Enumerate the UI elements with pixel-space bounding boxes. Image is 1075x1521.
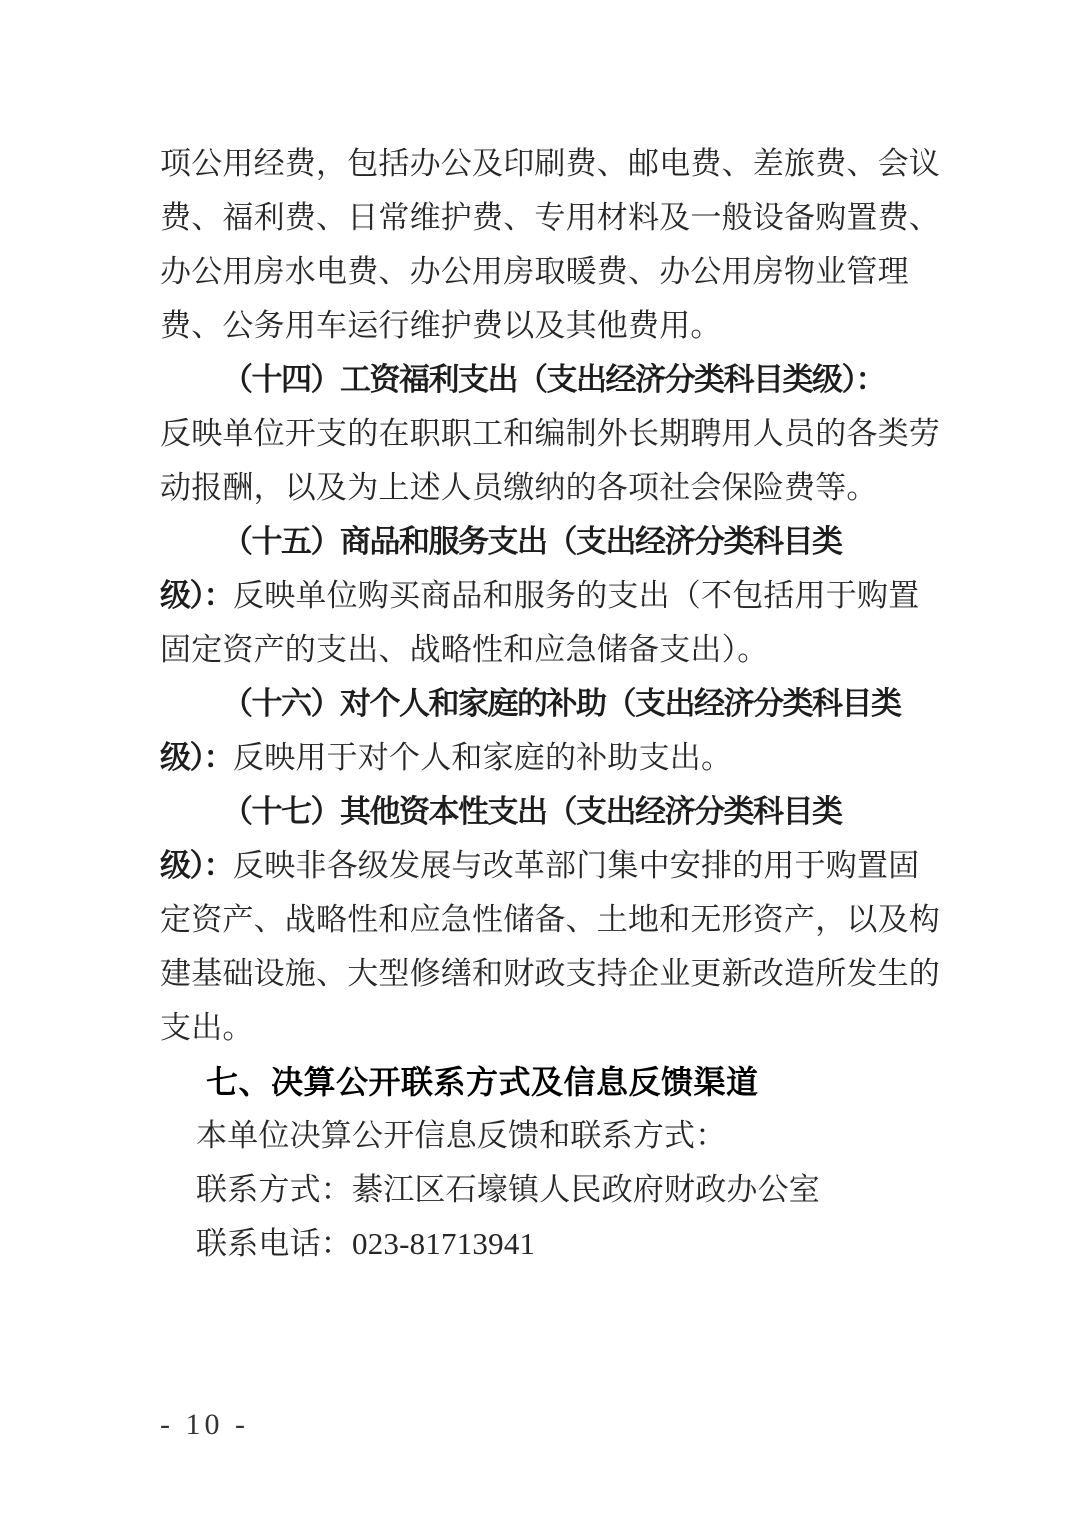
paragraph-continuation: 项公用经费，包括办公及印刷费、邮电费、差旅费、会议 费、福利费、日常维护费、专用… <box>160 137 950 353</box>
paragraph-item-17: （十七）其他资本性支出（支出经济分类科目类 级）：反映非各级发展与改革部门集中安… <box>160 785 950 1055</box>
contact-intro: 本单位决算公开信息反馈和联系方式： <box>160 1109 950 1163</box>
paragraph-item-15: （十五）商品和服务支出（支出经济分类科目类 级）：反映单位购买商品和服务的支出（… <box>160 515 950 677</box>
page-number: - 10 - <box>160 1408 249 1442</box>
contact-intro-text: 本单位决算公开信息反馈和联系方式： <box>196 1118 726 1153</box>
contact-method: 联系方式：綦江区石壕镇人民政府财政办公室 <box>160 1163 950 1217</box>
contact-method-label: 联系方式： <box>196 1172 352 1207</box>
section-7-heading: 七、决算公开联系方式及信息反馈渠道 <box>160 1055 950 1109</box>
item-14-heading: （十四）工资福利支出（支出经济分类科目类级）： <box>222 362 885 397</box>
item-15-body: 反映单位购买商品和服务的支出（不包括用于购置 固定资产的支出、战略性和应急储备支… <box>160 578 919 667</box>
contact-method-value: 綦江区石壕镇人民政府财政办公室 <box>352 1172 820 1207</box>
paragraph-item-16: （十六）对个人和家庭的补助（支出经济分类科目类 级）：反映用于对个人和家庭的补助… <box>160 677 950 785</box>
contact-phone: 联系电话：023-81713941 <box>160 1217 950 1271</box>
document-body: 项公用经费，包括办公及印刷费、邮电费、差旅费、会议 费、福利费、日常维护费、专用… <box>160 137 950 1271</box>
paragraph-text: 项公用经费，包括办公及印刷费、邮电费、差旅费、会议 费、福利费、日常维护费、专用… <box>160 146 940 343</box>
document-page: 项公用经费，包括办公及印刷费、邮电费、差旅费、会议 费、福利费、日常维护费、专用… <box>0 0 1075 1521</box>
item-16-body: 反映用于对个人和家庭的补助支出。 <box>233 740 732 775</box>
item-17-body: 反映非各级发展与改革部门集中安排的用于购置固 定资产、战略性和应急性储备、土地和… <box>160 848 940 1045</box>
paragraph-item-14: （十四）工资福利支出（支出经济分类科目类级）： 反映单位开支的在职职工和编制外长… <box>160 353 950 515</box>
contact-phone-label: 联系电话： <box>196 1226 352 1261</box>
item-14-body: 反映单位开支的在职职工和编制外长期聘用人员的各类劳 动报酬，以及为上述人员缴纳的… <box>160 416 940 505</box>
contact-phone-value: 023-81713941 <box>352 1226 535 1261</box>
